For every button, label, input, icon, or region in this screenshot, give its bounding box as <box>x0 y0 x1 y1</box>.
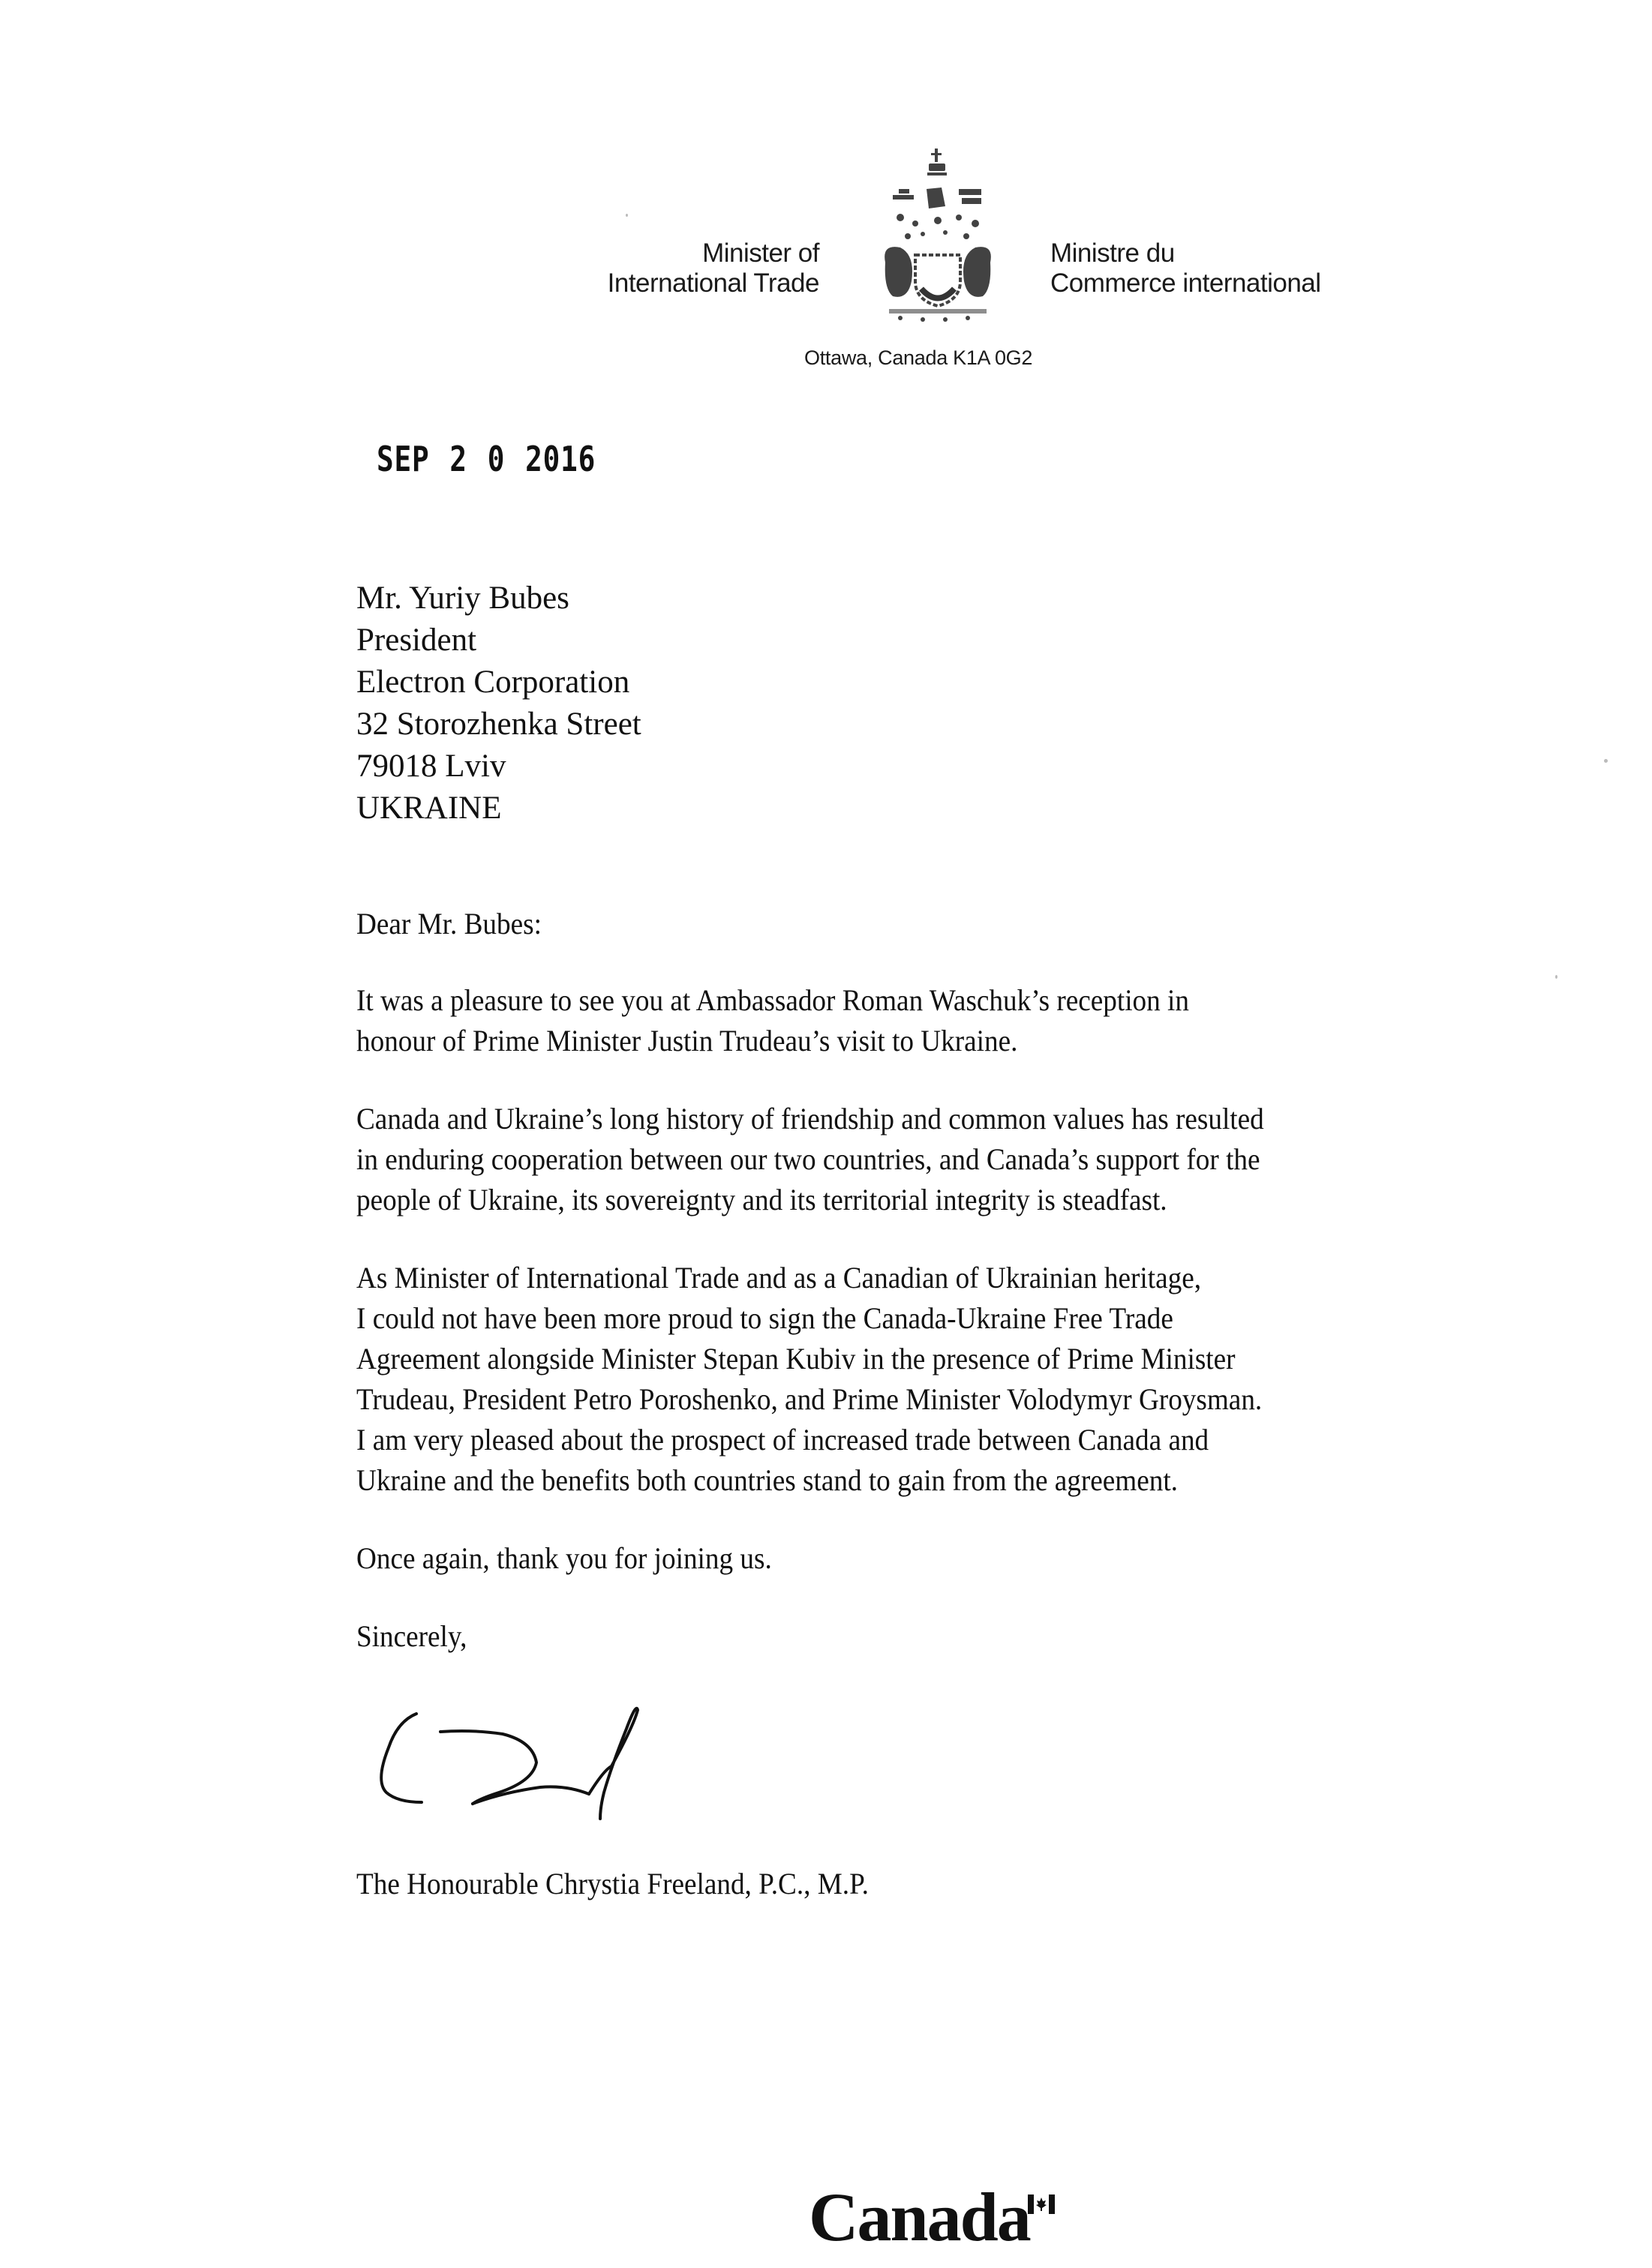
paragraph-1: It was a pleasure to see you at Ambassad… <box>356 980 1487 1061</box>
paragraph-line: in enduring cooperation between our two … <box>356 1139 1487 1180</box>
recipient-company: Electron Corporation <box>356 661 641 703</box>
signatory-name: The Honourable Chrystia Freeland, P.C., … <box>356 1866 869 1901</box>
letterhead-english-line-2: International Trade <box>608 268 819 298</box>
paragraph-4: Once again, thank you for joining us. <box>356 1538 1487 1579</box>
letterhead-french-line-2: Commerce international <box>1050 268 1321 298</box>
recipient-country: UKRAINE <box>356 787 641 829</box>
canada-flag-icon <box>1028 2194 1055 2214</box>
paragraph-line: I am very pleased about the prospect of … <box>356 1420 1487 1460</box>
handwritten-signature-icon <box>353 1680 878 1860</box>
letterhead-address: Ottawa, Canada K1A 0G2 <box>804 346 1032 370</box>
canada-wordmark: Canada <box>809 2182 1030 2251</box>
letterhead-english-line-1: Minister of <box>608 238 819 268</box>
recipient-address: Mr. Yuriy Bubes President Electron Corpo… <box>356 577 641 829</box>
paragraph-line: honour of Prime Minister Justin Trudeau’… <box>356 1021 1487 1061</box>
letterhead-english: Minister of International Trade <box>608 238 819 298</box>
paragraph-line: Trudeau, President Petro Poroshenko, and… <box>356 1379 1487 1420</box>
letterhead-french-line-1: Ministre du <box>1050 238 1321 268</box>
salutation: Dear Mr. Bubes: <box>356 904 1487 944</box>
letterhead-french: Ministre du Commerce international <box>1050 238 1321 298</box>
paragraph-line: Canada and Ukraine’s long history of fri… <box>356 1099 1487 1139</box>
recipient-city: 79018 Lviv <box>356 745 641 787</box>
paragraph-line: Ukraine and the benefits both countries … <box>356 1460 1487 1501</box>
recipient-name: Mr. Yuriy Bubes <box>356 577 641 619</box>
letter-body: Dear Mr. Bubes: It was a pleasure to see… <box>356 904 1487 1694</box>
scan-speck <box>1555 975 1557 979</box>
paragraph-line: It was a pleasure to see you at Ambassad… <box>356 980 1487 1021</box>
date-stamp: SEP 2 0 2016 <box>377 439 596 479</box>
coat-of-arms-icon <box>870 142 1005 326</box>
recipient-title: President <box>356 619 641 661</box>
scan-speck <box>626 214 628 217</box>
paragraph-3: As Minister of International Trade and a… <box>356 1258 1487 1501</box>
paragraph-line: Agreement alongside Minister Stepan Kubi… <box>356 1339 1487 1379</box>
paragraph-line: Once again, thank you for joining us. <box>356 1538 1487 1579</box>
paragraph-line: I could not have been more proud to sign… <box>356 1298 1487 1339</box>
scan-speck <box>1604 759 1608 763</box>
paragraph-2: Canada and Ukraine’s long history of fri… <box>356 1099 1487 1220</box>
recipient-street: 32 Storozhenka Street <box>356 703 641 745</box>
paragraph-line: people of Ukraine, its sovereignty and i… <box>356 1180 1487 1220</box>
paragraph-line: As Minister of International Trade and a… <box>356 1258 1487 1298</box>
closing: Sincerely, <box>356 1616 1487 1657</box>
